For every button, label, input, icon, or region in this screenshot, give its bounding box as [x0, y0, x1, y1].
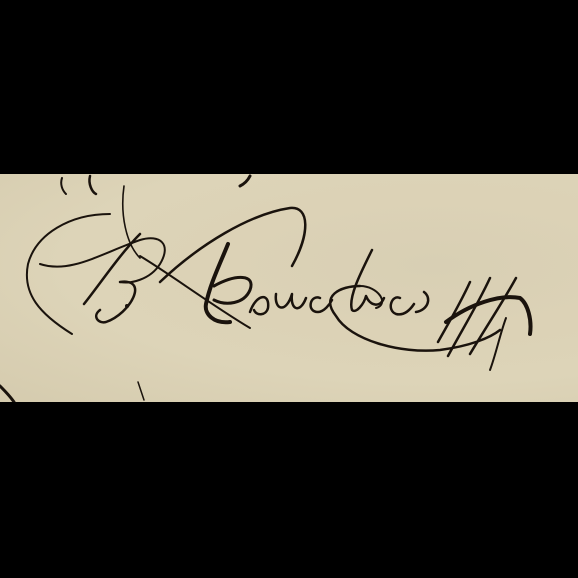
image-frame: B. Bouchè [0, 0, 578, 578]
paper-fragment: B. Bouchè [0, 174, 578, 402]
signature-strokes [0, 174, 578, 402]
